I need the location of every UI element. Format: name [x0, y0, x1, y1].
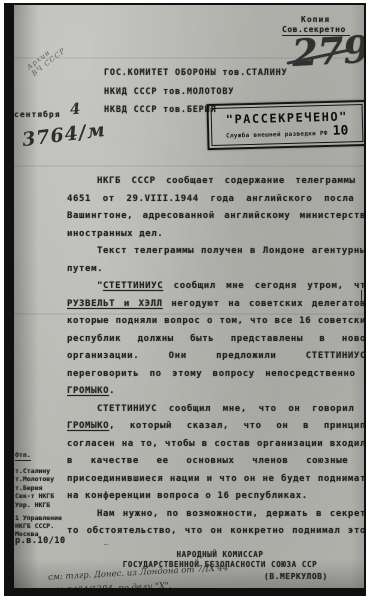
scan-streak — [14, 165, 364, 167]
declassified-stamp-inner: "РАССЕКРЕЧЕНО" Служба внешней разведки Р… — [211, 104, 364, 146]
stamp-caption-row: Служба внешней разведки РФ 10 — [226, 123, 349, 141]
distribution-heading: Отп. — [15, 451, 31, 461]
photo-frame: Копия Сов.секретно 279 Архив ВЧ СССР ГОС… — [4, 3, 366, 596]
copy-label: Копия — [301, 15, 330, 24]
handwritten-reg-number: 3764/м — [21, 119, 107, 151]
addressee-molotov: НКИД СССР тов.МОЛОТОВУ — [104, 83, 287, 102]
distribution-item: т.Берия — [15, 484, 54, 492]
declassified-stamp: "РАССЕКРЕЧЕНО" Служба внешней разведки Р… — [206, 100, 364, 150]
stamp-number: 10 — [333, 123, 349, 138]
scanned-document-page: { "corner": { "copy": "Копия", "secrecy"… — [0, 0, 369, 600]
distribution-item: т.Молотову — [15, 475, 54, 483]
stamp-agency-label: Служба внешней разведки РФ — [226, 129, 328, 139]
document-body: НКГБ СССР сообщает содержание телеграммы… — [67, 173, 364, 545]
origin-item: р.в.10/10 — [15, 538, 66, 546]
margin-checkmark: ✓ — [361, 290, 364, 303]
paragraph-4: СТЕТТИНИУС сообщил мне, что он говорил с… — [67, 401, 364, 506]
paragraph-3: "СТЕТТИНИУС сообщил мне сегодня утром, ч… — [67, 278, 364, 401]
signature-title-line1: НАРОДНЫЙ КОМИССАР — [69, 550, 364, 560]
distribution-item: Упр. НКГБ — [15, 501, 54, 509]
handwritten-date-day: 4 — [69, 100, 81, 119]
handwritten-footer-line2: № 2434/1284, по делу "X". — [56, 581, 172, 588]
paragraph-1: НКГБ СССР сообщает содержание телеграммы… — [67, 173, 364, 243]
distribution-item: Сек-т НКГБ — [15, 492, 54, 500]
distribution-list: т.Сталину т.Молотову т.Берия Сек-т НКГБ … — [15, 467, 54, 509]
pencil-note: Архив ВЧ СССР — [25, 40, 67, 78]
paper: Копия Сов.секретно 279 Архив ВЧ СССР ГОС… — [14, 5, 364, 588]
handwritten-page-number: 279 — [291, 27, 364, 75]
date-month-label: сентября — [14, 110, 61, 119]
origin-list: 1 Управление НКГБ СССР. Москва р.в.10/10 — [15, 515, 66, 546]
signature-name: (В.МЕРКУЛОВ) — [264, 572, 328, 581]
paragraph-2: Текст телеграммы получен в Лондоне агент… — [67, 243, 364, 278]
paragraph-5: Нам нужно, по возможности, держать в сек… — [67, 506, 364, 546]
addressee-stalin: ГОС.КОМИТЕТ ОБОРОНЫ тов.СТАЛИНУ — [104, 64, 287, 83]
